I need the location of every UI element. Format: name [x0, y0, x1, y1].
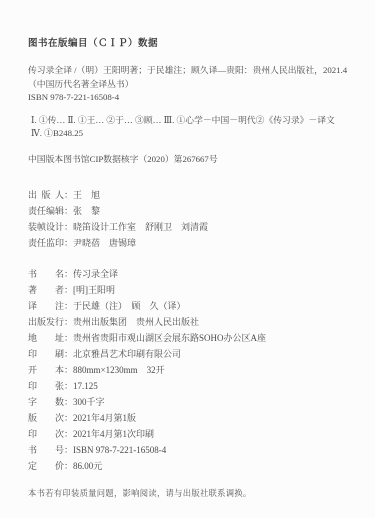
row-value: 300千字	[73, 397, 105, 407]
row-label: 印刷	[28, 346, 64, 362]
row-colon: ：	[64, 238, 73, 248]
row-value: [明]王阳明	[73, 285, 115, 295]
row-label: 印次	[28, 426, 64, 442]
row-colon: ：	[64, 381, 73, 391]
quality-note: 本书若有印装质量问题，影响阅读，请与出版社联系调换。	[28, 487, 357, 499]
row-colon: ：	[64, 206, 73, 216]
publication-row: 印次：2021年4月第1次印刷	[28, 426, 357, 442]
row-value: 北京雅昌艺术印刷有限公司	[73, 349, 181, 359]
staff-row: 装帧设计：晓笛设计工作室 舒刚卫 刘清霞	[28, 219, 357, 235]
row-value: 传习录全译	[73, 269, 118, 279]
cip-record-line: 传习录全译 /（明）王阳明著；于民雄注；顾久译—贵阳：贵州人民出版社，2021.…	[28, 64, 357, 78]
row-value: 于民雄（注） 顾 久（译）	[73, 301, 186, 311]
row-colon: ：	[64, 301, 73, 311]
row-label: 书号	[28, 442, 64, 458]
row-colon: ：	[64, 285, 73, 295]
publication-row: 字数：300千字	[28, 394, 357, 410]
row-colon: ：	[64, 461, 73, 471]
row-value: 2021年4月第1版	[73, 413, 136, 423]
row-label: 著者	[28, 282, 64, 298]
row-label: 出版人	[28, 187, 64, 203]
row-colon: ：	[64, 269, 73, 279]
cip-header: 图书在版编目（ＣＩＰ）数据	[28, 35, 357, 49]
staff-row: 出版人：王 旭	[28, 187, 357, 203]
row-colon: ：	[64, 190, 73, 200]
cip-isbn-line: ISBN 978-7-221-16508-4	[28, 91, 357, 105]
publication-block: 书名：传习录全译 著者：[明]王阳明 译注：于民雄（注） 顾 久（译） 出版发行…	[28, 266, 357, 474]
cip-classification-block: Ⅰ. ①传… Ⅱ. ①王… ②于… ③顾… Ⅲ. ①心学－中国－明代②《传习录》…	[31, 114, 357, 141]
cip-series-line: （中国历代名著全译丛书）	[28, 78, 357, 92]
row-value: 2021年4月第1次印刷	[73, 429, 154, 439]
row-colon: ：	[64, 222, 73, 232]
cip-record-block: 传习录全译 /（明）王阳明著；于民雄注；顾久译—贵阳：贵州人民出版社，2021.…	[28, 64, 357, 105]
publication-row: 印张：17.125	[28, 378, 357, 394]
row-value: 17.125	[73, 381, 98, 391]
row-label: 地址	[28, 330, 64, 346]
publication-row: 定价：86.00元	[28, 458, 357, 474]
cip-registry-line: 中国版本图书馆CIP数据核字（2020）第267667号	[28, 152, 357, 165]
row-label: 字数	[28, 394, 64, 410]
row-label: 书名	[28, 266, 64, 282]
staff-block: 出版人：王 旭 责任编辑：张 黎 装帧设计：晓笛设计工作室 舒刚卫 刘清霞 责任…	[28, 187, 357, 252]
row-colon: ：	[64, 349, 73, 359]
row-label: 定价	[28, 458, 64, 474]
publication-row: 出版发行：贵州出版集团 贵州人民出版社	[28, 314, 357, 330]
row-colon: ：	[64, 445, 73, 455]
row-label: 译注	[28, 298, 64, 314]
row-value: 张 黎	[73, 206, 100, 216]
row-label: 印张	[28, 378, 64, 394]
publication-row: 版次：2021年4月第1版	[28, 410, 357, 426]
row-colon: ：	[64, 413, 73, 423]
row-colon: ：	[64, 317, 73, 327]
row-value: 贵州省贵阳市观山湖区会展东路SOHO办公区A座	[73, 333, 266, 343]
staff-row: 责任监印：尹晓蓓 唐锡璋	[28, 235, 357, 251]
row-colon: ：	[64, 333, 73, 343]
publication-row: 印刷：北京雅昌艺术印刷有限公司	[28, 346, 357, 362]
publication-row: 译注：于民雄（注） 顾 久（译）	[28, 298, 357, 314]
row-value: 尹晓蓓 唐锡璋	[73, 238, 136, 248]
row-value: 王 旭	[73, 190, 100, 200]
publication-row: 地址：贵州省贵阳市观山湖区会展东路SOHO办公区A座	[28, 330, 357, 346]
copyright-page: 图书在版编目（ＣＩＰ）数据 传习录全译 /（明）王阳明著；于民雄注；顾久译—贵阳…	[0, 0, 375, 518]
row-label: 责任编辑	[28, 203, 64, 219]
row-label: 出版发行	[28, 314, 64, 330]
row-value: 86.00元	[73, 461, 102, 471]
cip-class-line-2: Ⅳ. ①B248.25	[31, 127, 357, 141]
row-label: 责任监印	[28, 235, 64, 251]
row-label: 开本	[28, 362, 64, 378]
row-colon: ：	[64, 397, 73, 407]
cip-class-line-1: Ⅰ. ①传… Ⅱ. ①王… ②于… ③顾… Ⅲ. ①心学－中国－明代②《传习录》…	[31, 114, 357, 128]
row-value: ISBN 978-7-221-16508-4	[73, 445, 166, 455]
row-label: 版次	[28, 410, 64, 426]
staff-row: 责任编辑：张 黎	[28, 203, 357, 219]
publication-row: 开本：880mm×1230mm 32开	[28, 362, 357, 378]
publication-row: 著者：[明]王阳明	[28, 282, 357, 298]
row-colon: ：	[64, 429, 73, 439]
row-label: 装帧设计	[28, 219, 64, 235]
row-value: 晓笛设计工作室 舒刚卫 刘清霞	[73, 222, 208, 232]
publication-row: 书号：ISBN 978-7-221-16508-4	[28, 442, 357, 458]
row-value: 贵州出版集团 贵州人民出版社	[73, 317, 199, 327]
publication-row: 书名：传习录全译	[28, 266, 357, 282]
row-colon: ：	[64, 365, 73, 375]
row-value: 880mm×1230mm 32开	[73, 365, 165, 375]
